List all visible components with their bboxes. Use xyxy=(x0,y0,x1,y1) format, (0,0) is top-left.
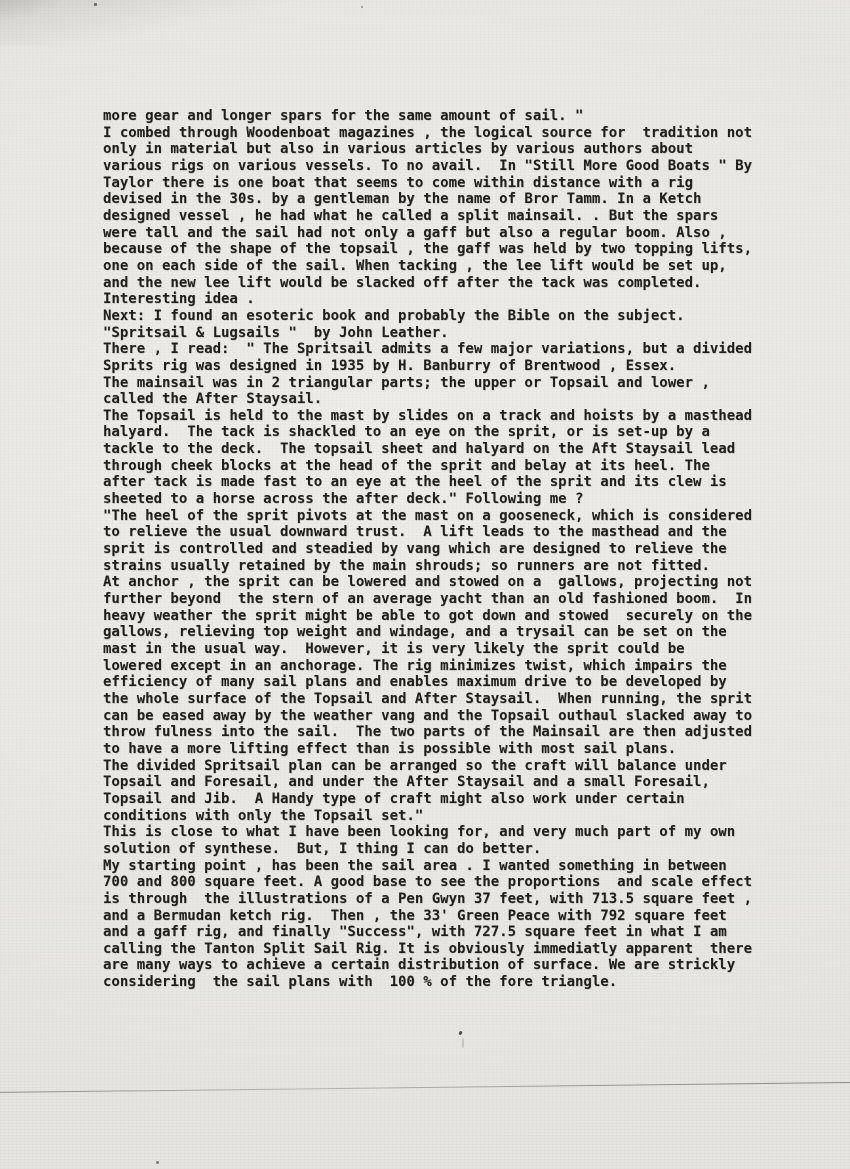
ink-speck xyxy=(156,1161,159,1164)
typewritten-text-body: more gear and longer spars for the same … xyxy=(103,108,752,991)
ink-speck-smudge xyxy=(462,1038,464,1048)
ink-speck xyxy=(361,6,363,8)
ink-speck xyxy=(458,1031,462,1036)
bottom-crease-line xyxy=(0,1082,850,1093)
ink-speck xyxy=(94,3,97,6)
paper-corner-crease xyxy=(0,0,340,46)
scanned-page: more gear and longer spars for the same … xyxy=(0,0,850,1169)
